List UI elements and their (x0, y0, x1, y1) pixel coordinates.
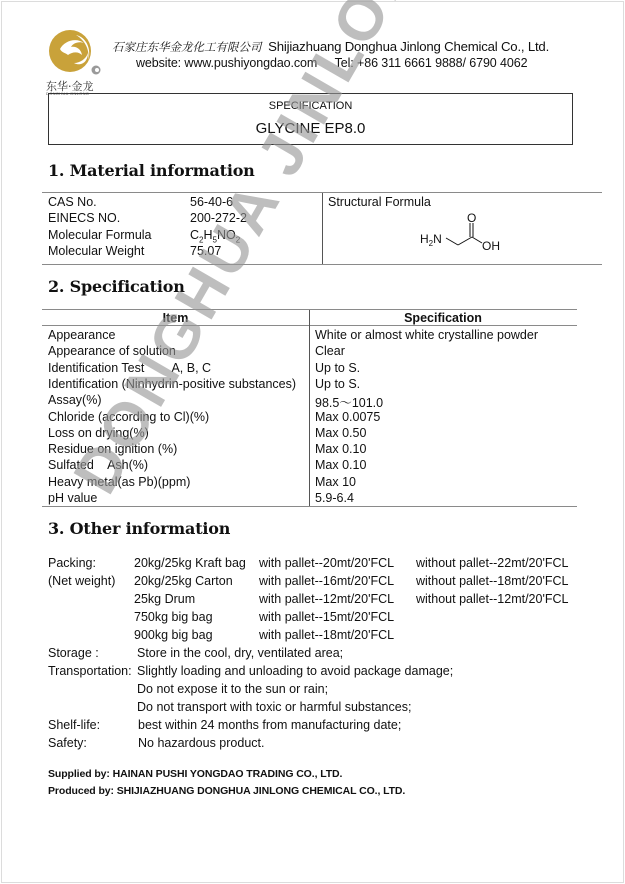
spec-item: Appearance (48, 328, 115, 342)
material-info-label: CAS No. (48, 195, 97, 209)
transportation-label: Transportation: (48, 664, 132, 678)
telephone-text: Tel: +86 311 6661 9888/ 6790 4062 (335, 56, 528, 70)
transportation-line: Do not expose it to the sun or rain; (137, 682, 328, 696)
material-info-label: EINECS NO. (48, 211, 120, 225)
spec-item: Identification (Ninhydrin-positive subst… (48, 377, 296, 391)
document-type: SPECIFICATION (49, 100, 572, 112)
divider (322, 193, 323, 264)
svg-text:H2N: H2N (420, 232, 442, 248)
column-header-item: Item (42, 311, 309, 325)
spec-value: Up to S. (315, 361, 360, 375)
packing-type: 25kg Drum (134, 592, 195, 606)
material-info-label: Molecular Formula (48, 228, 152, 242)
specification-title-box: SPECIFICATION GLYCINE EP8.0 (48, 93, 573, 145)
packing-type: 750kg big bag (134, 610, 213, 624)
spec-value: Clear (315, 344, 345, 358)
contact-info: website: www.pushiyongdao.com Tel: +86 3… (136, 56, 527, 70)
spec-item: Assay(%) (48, 393, 101, 407)
divider (42, 506, 577, 507)
company-name: 石家庄东华金龙化工有限公司 Shijiazhuang Donghua Jinlo… (112, 39, 549, 55)
svg-text:OH: OH (482, 239, 500, 253)
divider (42, 264, 602, 265)
spec-value: Max 0.50 (315, 426, 366, 440)
packing-type: 900kg big bag (134, 628, 213, 642)
shelf-life-label: Shelf-life: (48, 718, 100, 732)
supplier-line: Supplied by: HAINAN PUSHI YONGDAO TRADIN… (48, 768, 342, 780)
spec-value: 98.5～101.0 (315, 393, 383, 411)
spec-item: Appearance of solution (48, 344, 176, 358)
material-info-value: 75.07 (190, 244, 221, 258)
packing-type: 20kg/25kg Carton (134, 574, 233, 588)
spec-value: 5.9-6.4 (315, 491, 354, 505)
packing-with-pallet: with pallet--16mt/20'FCL (259, 574, 394, 588)
transportation-line: Do not transport with toxic or harmful s… (137, 700, 411, 714)
spec-value: White or almost white crystalline powder (315, 328, 538, 342)
material-info-value: C2H5NO2 (190, 228, 240, 245)
packing-without-pallet: without pallet--22mt/20'FCL (416, 556, 568, 570)
net-weight-label: (Net weight) (48, 574, 115, 588)
spec-value: Max 0.0075 (315, 410, 380, 424)
company-name-cn: 石家庄东华金龙化工有限公司 (112, 40, 262, 54)
column-header-specification: Specification (309, 311, 577, 325)
packing-without-pallet: without pallet--12mt/20'FCL (416, 592, 568, 606)
material-info-value: 56-40-6 (190, 195, 233, 209)
packing-with-pallet: with pallet--12mt/20'FCL (259, 592, 394, 606)
svg-text:O: O (467, 211, 476, 225)
packing-with-pallet: with pallet--18mt/20'FCL (259, 628, 394, 642)
spec-item: Loss on drying(%) (48, 426, 149, 440)
section-title-specification: 2. Specification (48, 277, 185, 296)
spec-item: Identification Test A, B, C (48, 361, 211, 375)
material-info-value: 200-272-2 (190, 211, 247, 225)
packing-with-pallet: with pallet--20mt/20'FCL (259, 556, 394, 570)
transportation-line: Slightly loading and unloading to avoid … (137, 664, 453, 678)
spec-value: Max 10 (315, 475, 356, 489)
spec-value: Max 0.10 (315, 458, 366, 472)
safety-value: No hazardous product. (138, 736, 264, 750)
product-name: GLYCINE EP8.0 (49, 120, 572, 137)
producer-line: Produced by: SHIJIAZHUANG DONGHUA JINLON… (48, 785, 405, 797)
material-info-label: Molecular Weight (48, 244, 144, 258)
shelf-life-value: best within 24 months from manufacturing… (138, 718, 401, 732)
spec-item: Chloride (according to Cl)(%) (48, 410, 209, 424)
glycine-structure-icon: H2N O OH (418, 210, 518, 255)
spec-item: Residue on ignition (%) (48, 442, 177, 456)
website-text: website: www.pushiyongdao.com (136, 56, 317, 70)
packing-type: 20kg/25kg Kraft bag (134, 556, 246, 570)
packing-without-pallet: without pallet--18mt/20'FCL (416, 574, 568, 588)
section-title-other-info: 3. Other information (48, 519, 230, 538)
spec-item: Heavy metal(as Pb)(ppm) (48, 475, 190, 489)
spec-value: Max 0.10 (315, 442, 366, 456)
divider (309, 310, 310, 506)
storage-value: Store in the cool, dry, ventilated area; (137, 646, 343, 660)
structural-formula-label: Structural Formula (328, 195, 431, 209)
safety-label: Safety: (48, 736, 87, 750)
spec-value: Up to S. (315, 377, 360, 391)
storage-label: Storage : (48, 646, 99, 660)
packing-with-pallet: with pallet--15mt/20'FCL (259, 610, 394, 624)
packing-label: Packing: (48, 556, 96, 570)
section-title-material-info: 1. Material information (48, 161, 255, 180)
company-name-en: Shijiazhuang Donghua Jinlong Chemical Co… (268, 39, 549, 54)
spec-item: pH value (48, 491, 97, 505)
spec-item: Sulfated Ash(%) (48, 458, 148, 472)
